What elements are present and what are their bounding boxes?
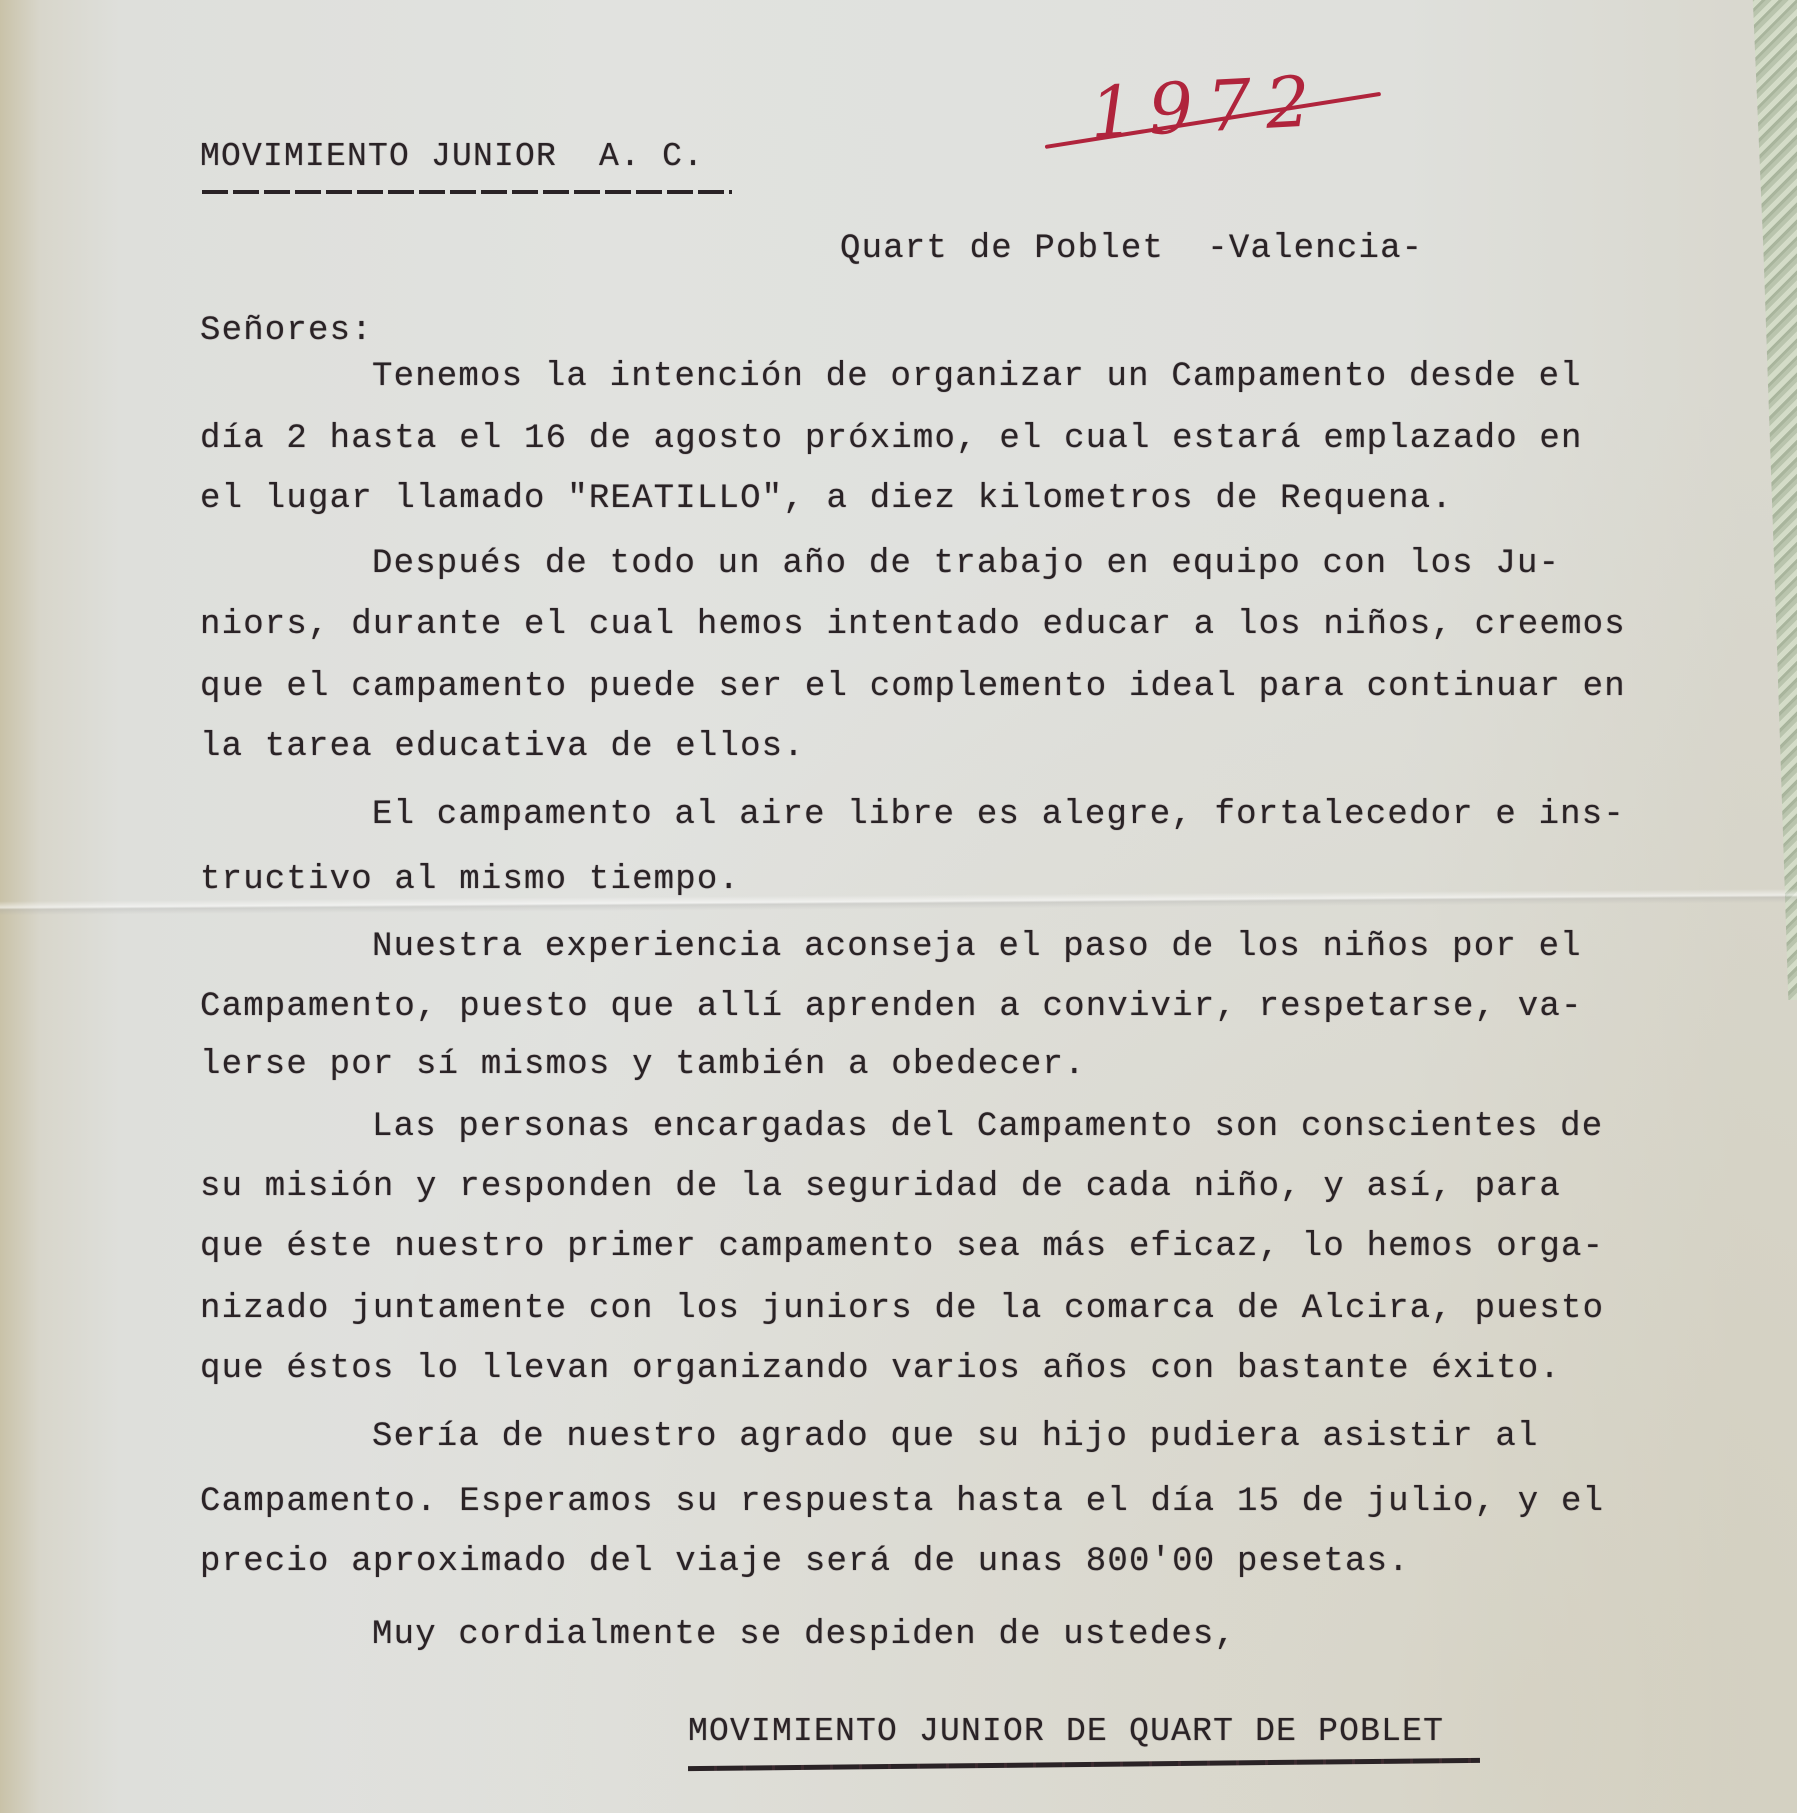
body-line: que el campamento puede ser el complemen… (200, 668, 1626, 706)
letterhead-underline (202, 190, 732, 194)
body-line: precio aproximado del viaje será de unas… (200, 1543, 1410, 1581)
body-line: que éste nuestro primer campamento sea m… (200, 1228, 1604, 1266)
body-line: nizado juntamente con los juniors de la … (200, 1290, 1604, 1328)
signature: MOVIMIENTO JUNIOR DE QUART DE POBLET (688, 1713, 1444, 1750)
body-line: Campamento, puesto que allí aprenden a c… (200, 988, 1583, 1026)
body-line: Tenemos la intención de organizar un Cam… (372, 358, 1582, 396)
body-line: que éstos lo llevan organizando varios a… (200, 1350, 1561, 1388)
body-line: el lugar llamado "REATILLO", a diez kilo… (200, 480, 1453, 518)
body-line: Las personas encargadas del Campamento s… (372, 1108, 1603, 1146)
body-line: tructivo al mismo tiempo. (200, 861, 740, 899)
body-line: día 2 hasta el 16 de agosto próximo, el … (200, 420, 1583, 458)
salutation: Señores: (200, 312, 373, 350)
body-line: El campamento al aire libre es alegre, f… (372, 796, 1625, 834)
closing-line: Muy cordialmente se despiden de ustedes, (372, 1616, 1236, 1654)
body-line: Nuestra experiencia aconseja el paso de … (372, 928, 1582, 966)
body-line: niors, durante el cual hemos intentado e… (200, 606, 1626, 644)
body-line: su misión y responden de la seguridad de… (200, 1168, 1561, 1206)
body-line: Campamento. Esperamos su respuesta hasta… (200, 1483, 1604, 1521)
body-line: Sería de nuestro agrado que su hijo pudi… (372, 1418, 1539, 1456)
body-line: Después de todo un año de trabajo en equ… (372, 545, 1560, 583)
body-line: la tarea educativa de ellos. (200, 728, 805, 766)
body-line: lerse por sí mismos y también a obedecer… (200, 1046, 1086, 1084)
letterhead: MOVIMIENTO JUNIOR A. C. (200, 138, 704, 175)
place-line: Quart de Poblet -Valencia- (840, 230, 1423, 268)
